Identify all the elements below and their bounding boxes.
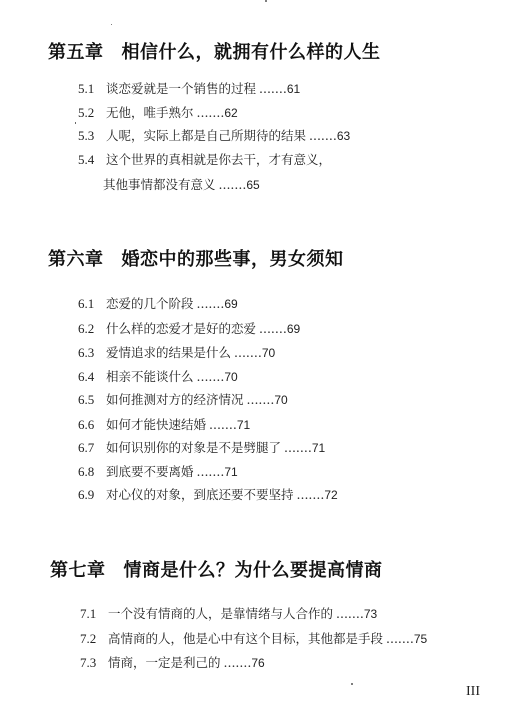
section-title: 人呢，实际上都是自己所期待的结果 xyxy=(106,128,306,143)
leader-dots: ....... xyxy=(259,81,287,96)
toc-entry-5-3[interactable]: 5.3 人呢，实际上都是自己所期待的结果.......63 xyxy=(78,126,350,144)
toc-entry-5-4[interactable]: 5.4 这个世界的真相就是你去干，才有意义， xyxy=(78,150,331,168)
section-number: 6.8 xyxy=(78,464,102,480)
leader-dots: ....... xyxy=(197,105,225,120)
chapter-heading-6: 第六章婚恋中的那些事，男女须知 xyxy=(48,245,344,271)
leader-dots: ....... xyxy=(386,631,414,646)
page-number: 72 xyxy=(324,488,337,502)
section-title: 如何识别你的对象是不是劈腿了 xyxy=(106,440,281,455)
leader-dots: ....... xyxy=(336,606,364,621)
chapter-number: 第七章 xyxy=(50,556,106,582)
leader-dots: ....... xyxy=(259,321,287,336)
page-number: 75 xyxy=(414,632,427,646)
section-title: 高情商的人，他是心中有这个目标，其他都是手段 xyxy=(108,631,383,646)
toc-entry-6-7[interactable]: 6.7 如何识别你的对象是不是劈腿了.......71 xyxy=(78,438,325,456)
section-number: 6.5 xyxy=(78,392,102,408)
leader-dots: ....... xyxy=(197,464,225,479)
section-title: 对心仪的对象，到底还要不要坚持 xyxy=(106,487,294,502)
section-title: 谈恋爱就是一个销售的过程 xyxy=(106,81,256,96)
section-number: 6.2 xyxy=(78,321,102,337)
chapter-title: 婚恋中的那些事，男女须知 xyxy=(122,249,344,270)
section-number: 7.2 xyxy=(80,631,104,647)
leader-dots: ....... xyxy=(209,417,237,432)
page-number: 63 xyxy=(337,129,350,143)
section-number: 6.9 xyxy=(78,487,102,503)
section-number: 6.6 xyxy=(78,417,102,433)
toc-entry-6-5[interactable]: 6.5 如何推测对方的经济情况.......70 xyxy=(78,390,288,408)
page-number: 65 xyxy=(246,178,259,192)
section-title-continuation: 其他事情都没有意义 xyxy=(103,177,216,192)
page-number: 76 xyxy=(251,656,264,670)
section-title: 到底要不要离婚 xyxy=(106,464,194,479)
section-number: 5.2 xyxy=(78,105,102,121)
leader-dots: ....... xyxy=(224,655,252,670)
chapter-heading-5: 第五章相信什么，就拥有什么样的人生 xyxy=(48,38,381,64)
leader-dots: ....... xyxy=(197,296,225,311)
leader-dots: ....... xyxy=(197,369,225,384)
toc-entry-6-9[interactable]: 6.9 对心仪的对象，到底还要不要坚持.......72 xyxy=(78,485,338,503)
toc-entry-7-1[interactable]: 7.1 一个没有情商的人，是靠情绪与人合作的.......73 xyxy=(80,604,377,622)
section-title: 情商，一定是利己的 xyxy=(108,655,221,670)
page-number: 69 xyxy=(287,322,300,336)
leader-dots: ....... xyxy=(247,392,275,407)
page-number: 71 xyxy=(237,418,250,432)
toc-entry-7-2[interactable]: 7.2 高情商的人，他是心中有这个目标，其他都是手段.......75 xyxy=(80,629,427,647)
toc-entry-5-2[interactable]: 5.2 无他，唯手熟尔.......62 xyxy=(78,103,238,121)
toc-entry-6-6[interactable]: 6.6 如何才能快速结婚.......71 xyxy=(78,415,250,433)
page-folio: III xyxy=(466,684,480,700)
section-number: 6.4 xyxy=(78,369,102,385)
page-number: 70 xyxy=(224,370,237,384)
page-number: 62 xyxy=(224,106,237,120)
scan-speck xyxy=(75,122,76,124)
section-number: 5.1 xyxy=(78,81,102,97)
section-title: 恋爱的几个阶段 xyxy=(106,296,194,311)
toc-entry-6-1[interactable]: 6.1 恋爱的几个阶段.......69 xyxy=(78,294,238,312)
section-title: 如何推测对方的经济情况 xyxy=(106,392,244,407)
section-title: 一个没有情商的人，是靠情绪与人合作的 xyxy=(108,606,333,621)
page-number: 71 xyxy=(224,465,237,479)
page-number: 69 xyxy=(224,297,237,311)
leader-dots: ....... xyxy=(234,345,262,360)
section-number: 5.3 xyxy=(78,128,102,144)
section-number: 6.1 xyxy=(78,296,102,312)
section-title: 如何才能快速结婚 xyxy=(106,417,206,432)
page-number: 71 xyxy=(312,441,325,455)
toc-entry-6-2[interactable]: 6.2 什么样的恋爱才是好的恋爱.......69 xyxy=(78,319,300,337)
leader-dots: ....... xyxy=(297,487,325,502)
chapter-number: 第六章 xyxy=(48,245,104,271)
chapter-heading-7: 第七章情商是什么？为什么要提高情商 xyxy=(50,556,383,582)
section-number: 6.3 xyxy=(78,345,102,361)
chapter-number: 第五章 xyxy=(48,38,104,64)
section-number: 5.4 xyxy=(78,152,102,168)
toc-entry-5-1[interactable]: 5.1 谈恋爱就是一个销售的过程.......61 xyxy=(78,79,300,97)
section-number: 6.7 xyxy=(78,440,102,456)
toc-entry-6-3[interactable]: 6.3 爱情追求的结果是什么.......70 xyxy=(78,343,275,361)
page-number: 73 xyxy=(364,607,377,621)
toc-page: 第五章相信什么，就拥有什么样的人生 5.1 谈恋爱就是一个销售的过程......… xyxy=(0,0,510,707)
scan-speck xyxy=(111,24,112,25)
toc-entry-6-8[interactable]: 6.8 到底要不要离婚.......71 xyxy=(78,462,238,480)
section-title: 爱情追求的结果是什么 xyxy=(106,345,231,360)
leader-dots: ....... xyxy=(284,440,312,455)
scan-speck xyxy=(351,683,353,685)
toc-entry-6-4[interactable]: 6.4 相亲不能谈什么.......70 xyxy=(78,367,238,385)
section-title: 相亲不能谈什么 xyxy=(106,369,194,384)
page-number: 61 xyxy=(287,82,300,96)
chapter-title: 相信什么，就拥有什么样的人生 xyxy=(122,42,381,63)
section-title: 什么样的恋爱才是好的恋爱 xyxy=(106,321,256,336)
chapter-title: 情商是什么？为什么要提高情商 xyxy=(124,560,383,581)
section-title: 无他，唯手熟尔 xyxy=(106,105,194,120)
section-title: 这个世界的真相就是你去干，才有意义， xyxy=(106,152,331,167)
scan-speck xyxy=(265,0,267,2)
page-number: 70 xyxy=(262,346,275,360)
toc-entry-7-3[interactable]: 7.3 情商，一定是利己的.......76 xyxy=(80,653,265,671)
leader-dots: ....... xyxy=(309,128,337,143)
section-number: 7.1 xyxy=(80,606,104,622)
section-number: 7.3 xyxy=(80,655,104,671)
page-number: 70 xyxy=(274,393,287,407)
leader-dots: ....... xyxy=(219,177,247,192)
toc-entry-5-4-continuation[interactable]: 其他事情都没有意义.......65 xyxy=(103,175,260,193)
